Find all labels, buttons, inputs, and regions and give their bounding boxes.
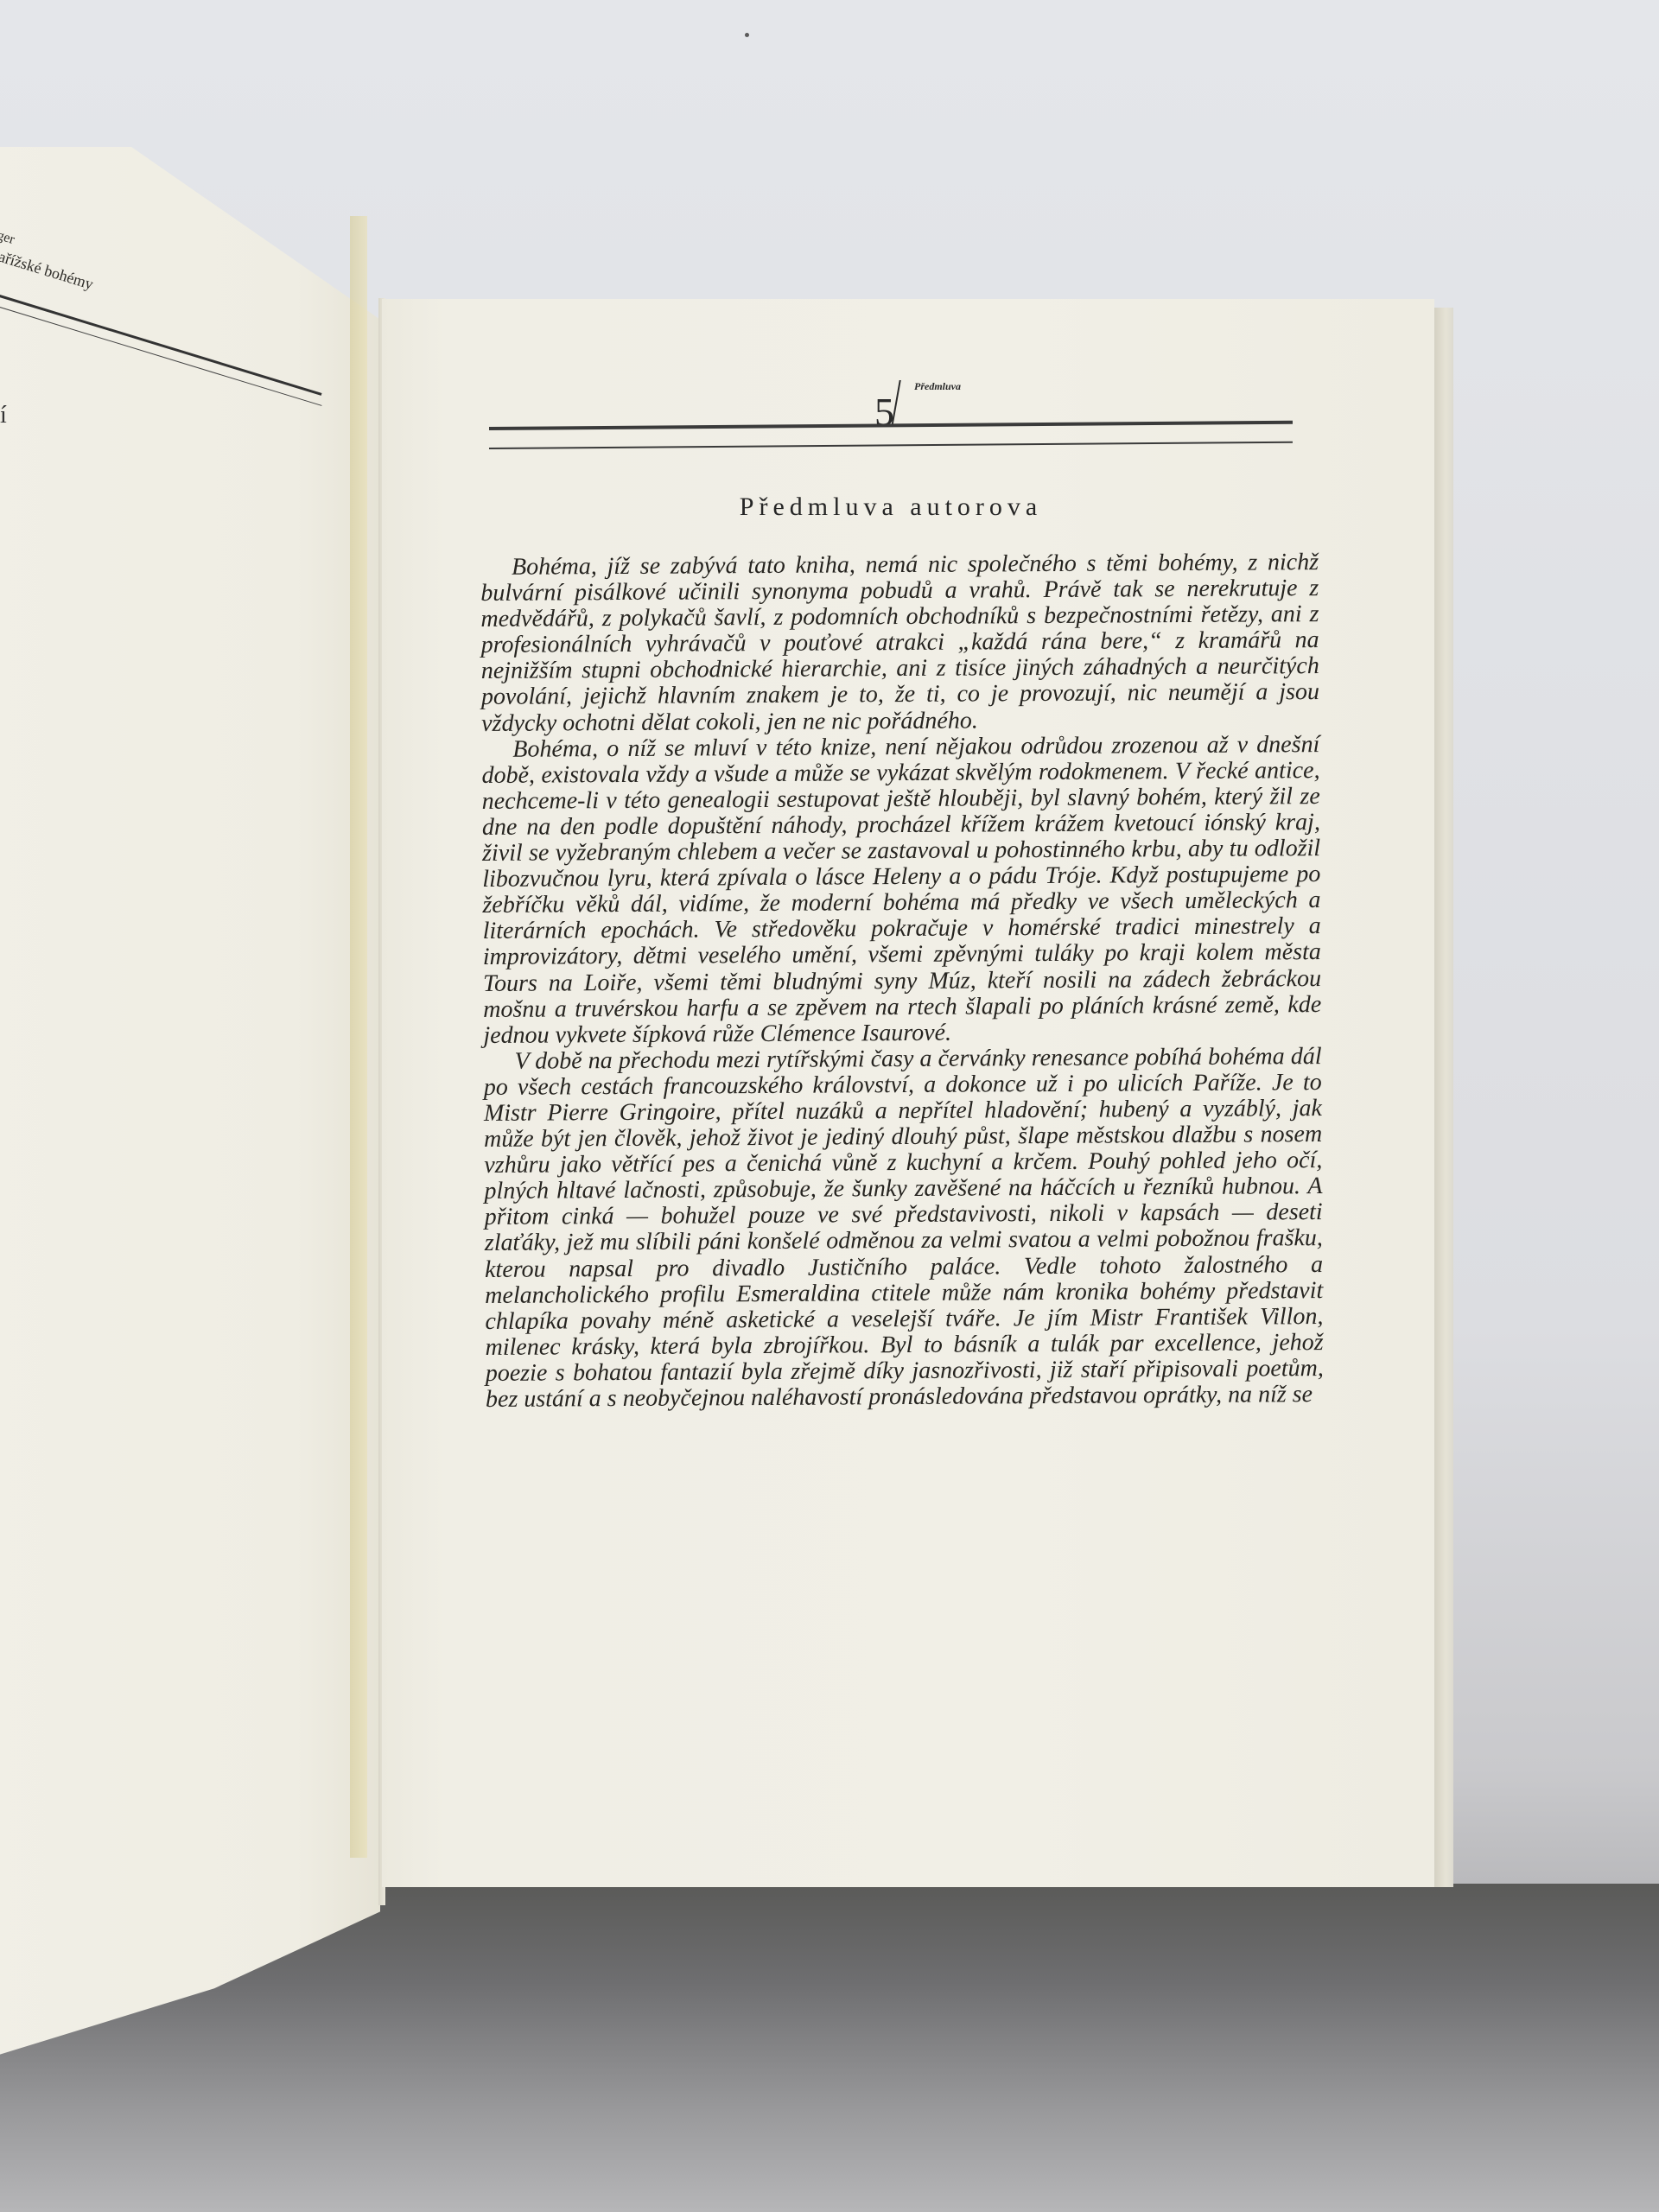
- paragraph: Bohéma, o níž se mluví v této knize, nen…: [481, 732, 1321, 1049]
- left-page: [0, 147, 380, 2065]
- dust-speck: [745, 33, 749, 37]
- chapter-title: Předmluva autorova: [489, 493, 1293, 522]
- paragraph: V době na přechodu mezi rytířskými časy …: [483, 1044, 1324, 1413]
- left-page-text-fragment: í: [0, 402, 7, 429]
- paragraph: Bohéma, jíž se zabývá tato kniha, nemá n…: [480, 550, 1319, 737]
- page-number: 5: [874, 389, 894, 435]
- body-text: Bohéma, jíž se zabývá tato kniha, nemá n…: [480, 550, 1324, 1413]
- right-page-stack-edge: [1434, 308, 1453, 1887]
- running-head: Předmluva: [914, 380, 961, 393]
- left-page-edge: [350, 216, 367, 1858]
